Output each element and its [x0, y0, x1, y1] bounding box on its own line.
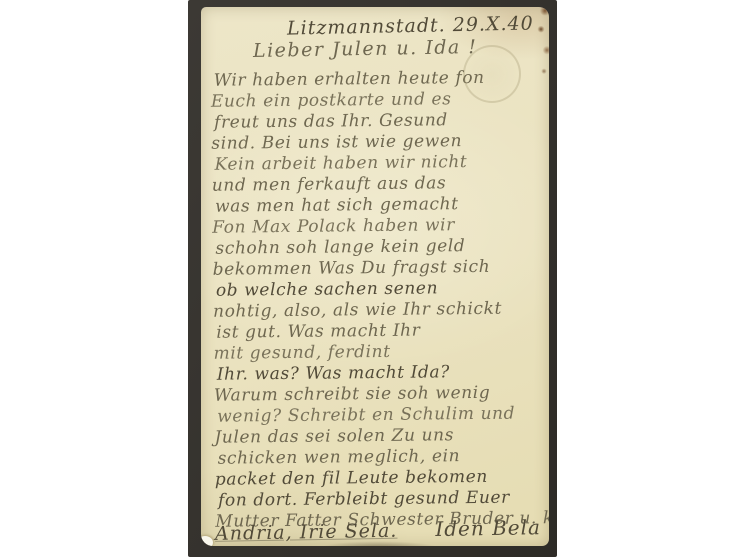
- dateline: Litzmannstadt. 29.X.40: [287, 12, 534, 39]
- handwriting-line: wenig? Schreibt en Schulim und: [214, 403, 546, 427]
- salutation: Lieber Julen u. Ida !: [253, 36, 478, 62]
- postcard-photo: Litzmannstadt. 29.X.40 Lieber Julen u. I…: [188, 0, 557, 557]
- ink-stain-top-right: [533, 7, 549, 88]
- bottom-edge-smudge: [319, 541, 439, 546]
- page-background: Litzmannstadt. 29.X.40 Lieber Julen u. I…: [0, 0, 740, 557]
- faint-postmark-ring: [463, 45, 521, 103]
- signature-sender-name: Iden Bela: [435, 515, 541, 541]
- postcard: Litzmannstadt. 29.X.40 Lieber Julen u. I…: [201, 7, 549, 546]
- corner-chip-bottom-left: [201, 536, 213, 546]
- letter-body: Wir haben erhalten heute fonEuch ein pos…: [211, 67, 548, 532]
- handwriting-line: nohtig, also, als wie Ihr schickt: [213, 298, 545, 322]
